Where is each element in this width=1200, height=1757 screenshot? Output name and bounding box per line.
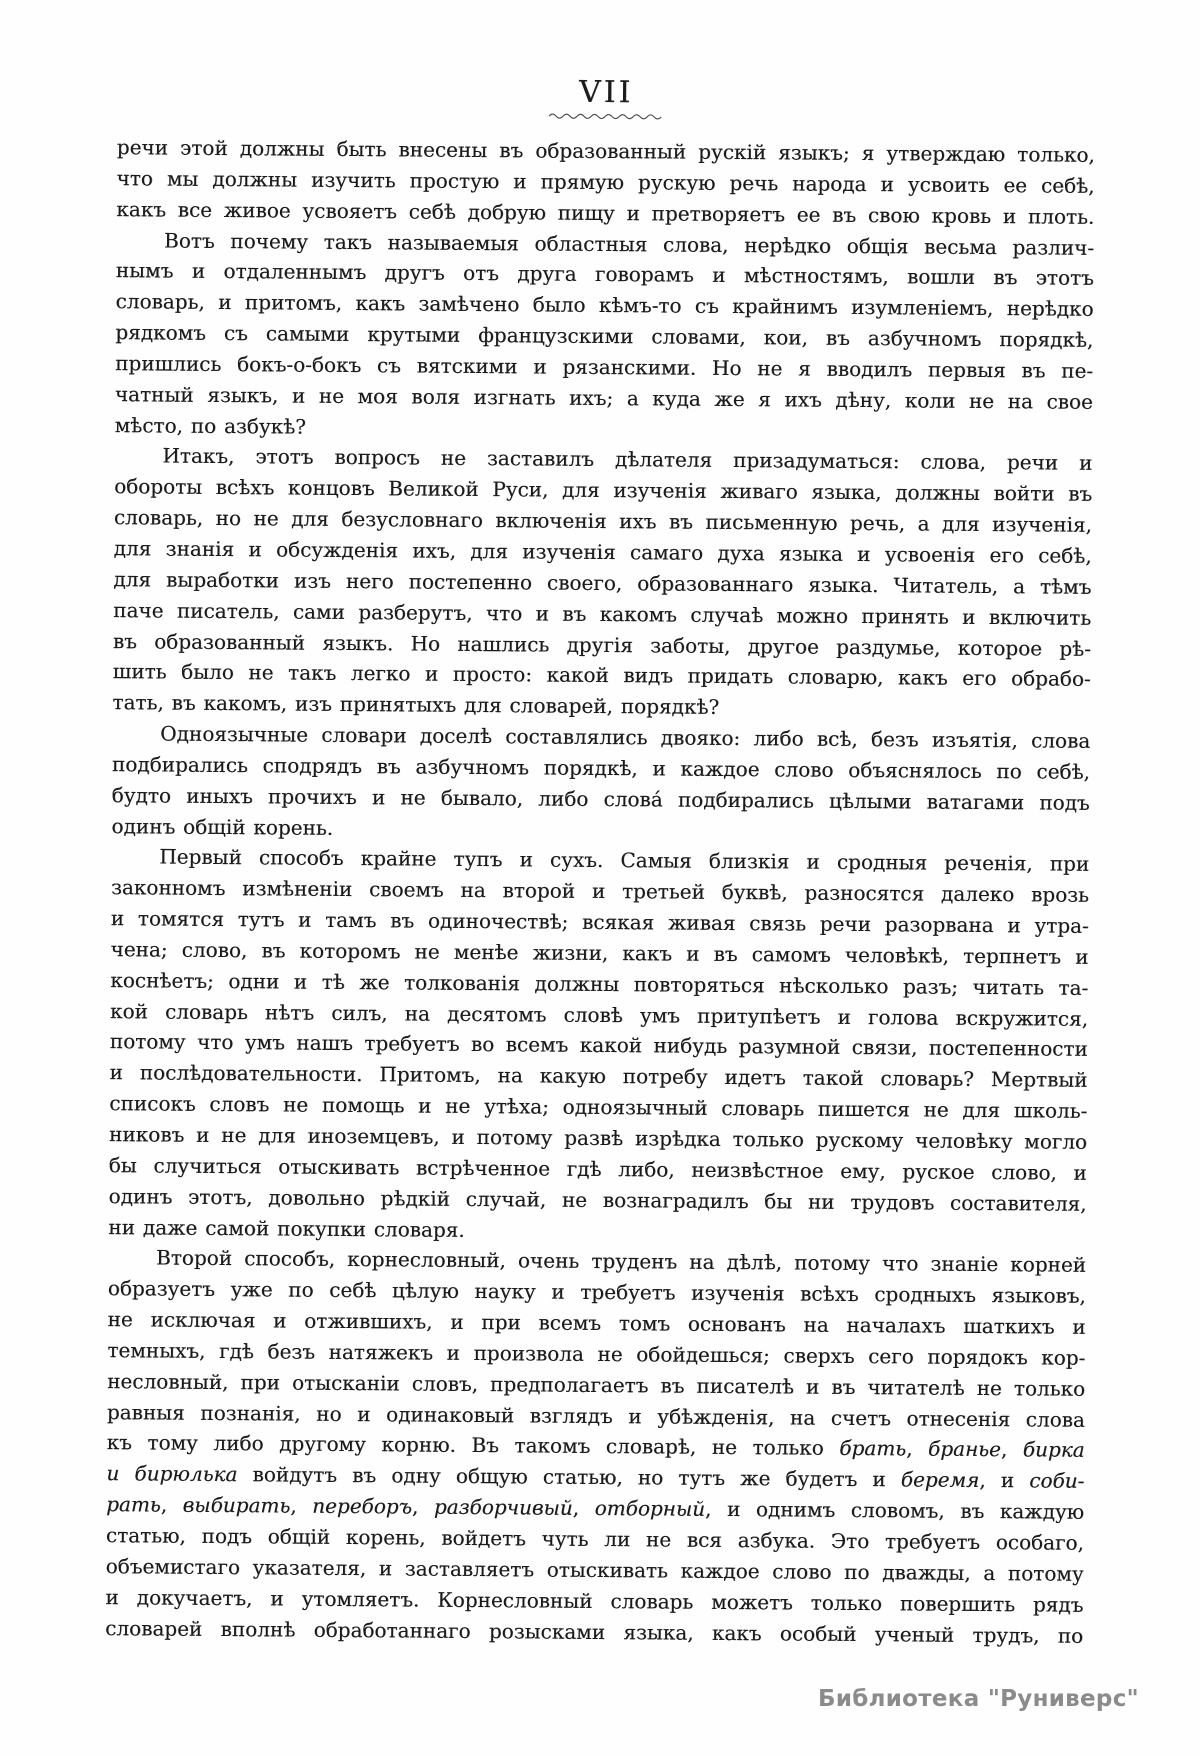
text-segment: какъ все живое усвояетъ себѣ добрую пищу… bbox=[116, 197, 1094, 229]
italic-text: разборчивый bbox=[434, 1495, 573, 1520]
page: VII речи этой должны быть внесены въ обр… bbox=[0, 0, 1200, 1757]
text-segment: Вотъ почему такъ называемыя областныя сл… bbox=[164, 228, 1094, 259]
text-segment: паче писатель, сами разберутъ, что и въ … bbox=[113, 598, 1091, 630]
text-segment: будто иныхъ прочихъ и не бывало, либо сл… bbox=[112, 783, 1090, 815]
text-segment: и докучаетъ, и утомляетъ. Корнесловный с… bbox=[105, 1585, 1083, 1617]
italic-text: бранье bbox=[928, 1437, 1001, 1462]
text-segment: кой словарь нѣтъ силъ, на десятомъ словѣ… bbox=[110, 999, 1088, 1031]
text-segment: статью, подъ общій корень, войдетъ чуть … bbox=[106, 1523, 1084, 1555]
text-segment: словарь, но не для безусловнаго включені… bbox=[114, 505, 1092, 537]
italic-text: бирка bbox=[1023, 1438, 1085, 1462]
text-segment: Одноязычные словари доселѣ составлялись … bbox=[160, 722, 1090, 753]
text-segment: рядкомъ съ самыми крутыми французскими с… bbox=[115, 320, 1093, 352]
italic-text: рать bbox=[106, 1492, 161, 1516]
text-segment: подбирались сподрядъ въ азбучномъ порядк… bbox=[112, 752, 1090, 784]
text-segment: , bbox=[1001, 1438, 1023, 1462]
text-segment: къ тому либо другому корню. Въ такомъ сл… bbox=[107, 1431, 840, 1461]
text-segment: , bbox=[573, 1496, 595, 1520]
text-segment: и послѣдовательности. Притомъ, на какую … bbox=[109, 1060, 1087, 1092]
text-segment: бы случиться отыскивать встрѣченное гдѣ … bbox=[109, 1153, 1087, 1185]
text-segment: пришлись бокъ-о-бокъ съ вятскими и рязан… bbox=[115, 351, 1093, 383]
page-header: VII bbox=[6, 73, 1200, 134]
text-segment: законномъ измѣненіи своемъ на второй и т… bbox=[111, 875, 1089, 907]
scanned-page-content: VII речи этой должны быть внесены въ обр… bbox=[0, 0, 1200, 1757]
page-text: речи этой должны быть внесены въ образов… bbox=[105, 132, 1095, 1651]
text-segment: потому что умъ нашъ требуетъ во всемъ ка… bbox=[110, 1030, 1088, 1062]
text-segment: не исключая и отжившихъ, и при всемъ том… bbox=[108, 1307, 1086, 1339]
text-segment: войдутъ въ одну общую статью, но тутъ же… bbox=[237, 1462, 901, 1491]
italic-text: беремя bbox=[901, 1468, 980, 1493]
text-segment: Итакъ, этотъ вопросъ не заставилъ дѣлате… bbox=[162, 444, 1092, 475]
text-segment: равныя познанія, но и одинаковый взглядъ… bbox=[107, 1400, 1085, 1432]
italic-text: выбирать bbox=[183, 1493, 291, 1518]
text-segment: мѣсто, по азбукѣ? bbox=[115, 413, 306, 439]
text-segment: никовъ и не для иноземцевъ, и потому раз… bbox=[109, 1122, 1087, 1154]
text-segment: объемистаго указателя, и заставляетъ оты… bbox=[106, 1554, 1084, 1586]
text-segment: ни даже самой покупки словаря. bbox=[108, 1215, 465, 1242]
text-segment: словарь, и притомъ, какъ замѣчено было к… bbox=[116, 289, 1094, 321]
italic-text: соби- bbox=[1029, 1469, 1084, 1493]
text-segment: , bbox=[161, 1493, 183, 1517]
text-segment: , bbox=[412, 1495, 434, 1519]
text-segment: образуетъ уже по себѣ цѣлую науку и треб… bbox=[108, 1276, 1086, 1308]
text-segment: чатный языкъ, и не моя воля изгнать ихъ;… bbox=[115, 382, 1093, 414]
text-segment: речи этой должны быть внесены въ образов… bbox=[117, 135, 1095, 167]
text-segment: для знанія и обсужденія ихъ, для изучені… bbox=[114, 536, 1092, 568]
italic-text: отборный bbox=[595, 1496, 706, 1521]
text-segment: для выработки изъ него постепенно своего… bbox=[113, 567, 1091, 599]
italic-text: брать bbox=[839, 1436, 906, 1461]
text-segment: , и bbox=[979, 1468, 1029, 1492]
text-segment: нымъ и отдаленнымъ другъ отъ друга говор… bbox=[116, 259, 1094, 291]
text-segment: въ образованный языкъ. Но нашлись другія… bbox=[113, 629, 1091, 661]
text-segment: словарей вполнѣ обработаннаго розысками … bbox=[105, 1616, 1083, 1648]
text-segment: несловный, при отысканіи словъ, предпола… bbox=[107, 1369, 1085, 1401]
text-segment: , bbox=[906, 1437, 928, 1461]
text-segment: , и однимъ словомъ, въ каждую bbox=[705, 1497, 1084, 1524]
text-segment: одинъ этотъ, довольно рѣдкій случай, не … bbox=[108, 1184, 1086, 1216]
text-segment: списокъ словъ не помощь и не утѣха; одно… bbox=[109, 1091, 1087, 1123]
italic-text: и бирюлька bbox=[106, 1461, 237, 1486]
text-segment: одинъ общій корень. bbox=[111, 814, 333, 840]
watermark: Библиотека "Руниверс" bbox=[818, 1686, 1098, 1712]
text-segment: шить было не такъ легко и просто: какой … bbox=[113, 660, 1091, 692]
italic-text: переборъ bbox=[312, 1494, 412, 1519]
text-segment: темныхъ, гдѣ безъ натяжекъ и произвола н… bbox=[107, 1338, 1085, 1370]
text-segment: и томятся тутъ и тамъ въ одиночествѣ; вс… bbox=[111, 906, 1089, 938]
text-segment: коснѣетъ; одни и тѣ же толкованія должны… bbox=[110, 968, 1088, 1000]
text-segment: , bbox=[290, 1494, 312, 1518]
text-segment: обороты всѣхъ концовъ Великой Руси, для … bbox=[114, 474, 1092, 506]
text-segment: тать, въ какомъ, изъ принятыхъ для слова… bbox=[112, 690, 719, 719]
text-segment: чена; слово, въ которомъ не менѣе жизни,… bbox=[110, 937, 1088, 969]
text-segment: что мы должны изучить простую и прямую р… bbox=[116, 166, 1094, 198]
text-segment: Второй способъ, корнесловный, очень труд… bbox=[156, 1246, 1086, 1277]
text-segment: Первый способъ крайне тупъ и сухъ. Самыя… bbox=[159, 845, 1089, 876]
